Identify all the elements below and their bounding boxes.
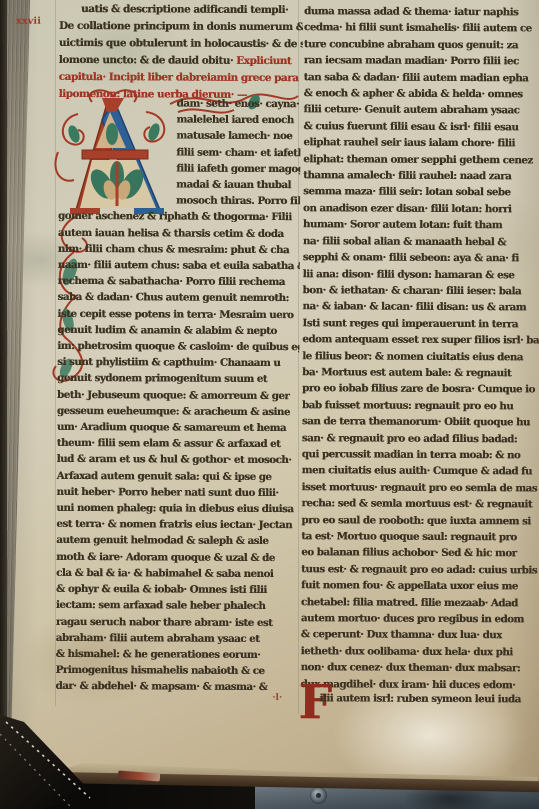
text-line: autem iauan helisa & tharsis cetim & dod…: [58, 225, 300, 242]
text-line: iectam: sem arfaxad sale heber phalech: [56, 597, 298, 614]
text-line: bab fuisset mortuus: regnauit pro eo hu: [302, 397, 539, 415]
text-line: Isti sunt reges qui imperauerunt in terr…: [302, 315, 539, 333]
text-line: lomone uncto: & de dauid obitu· Expliciu…: [59, 52, 303, 70]
text-line: san· & regnauit pro eo adad filius badad…: [302, 430, 539, 448]
text-layer: xxvii uatis & descriptione adificandi te…: [0, 0, 539, 809]
text-line: le filius beor: & nomen ciuitatis eius d…: [302, 348, 539, 366]
text-line: Primogenitus hismahelis nabaioth & ce: [56, 662, 298, 679]
text-line: duma massa adad & thema· iatur naphis: [304, 3, 539, 21]
text-line: dar· & abdehel· & mapsam· & masma· &: [55, 678, 297, 695]
text-line: uatis & descriptione adificandi templi·: [59, 1, 303, 19]
text-line: Arfaxad autem genuit sala: qui & ipse ge: [57, 468, 299, 485]
text-line: & ceperunt· Dux thamna· dux lua· dux: [301, 627, 538, 645]
text-line: tuus est· & regnauit pro eo adad: cuius …: [301, 561, 538, 579]
manuscript-photo: A xxvii uatis & descriptione adificandi …: [0, 0, 539, 809]
text-line: isset mortuus· regnauit pro eo semla de …: [302, 479, 539, 497]
text-line: sepphi & onam· filii sebeon: aya & ana· …: [303, 249, 539, 267]
text-line: pro eo iobab filius zare de bosra· Cumqu…: [302, 381, 539, 399]
header-rubric-block: uatis & descriptione adificandi templi·D…: [59, 1, 304, 104]
text-line: ran iecsam madan madian· Porro filii iec: [304, 52, 539, 70]
quire-mark: ·l·: [272, 693, 282, 703]
text-line: ta est· Mortuo quoque saul: regnauit pro: [301, 528, 538, 546]
text-line: nim· filii cham chus & mesraim: phut & c…: [58, 241, 300, 258]
text-line: thamna amalech· filii rauhel: naad zara: [303, 167, 539, 185]
initial-spacer: [58, 95, 177, 208]
text-line: & cuius fuerunt filii esau & isrl· filii…: [303, 118, 539, 136]
text-line: genuit sydonem primogenitum suum et: [57, 370, 299, 387]
text-line: um· Aradium quoque & samareum et hema: [57, 419, 299, 436]
text-line: moth & iare· Adoram quoque & uzal & de: [56, 549, 298, 566]
text-line: edom antequam esset rex super filios isr…: [302, 331, 539, 349]
chapter-numeral: xxvii: [16, 16, 41, 27]
text-line: beth· Jebuseum quoque: & amorreum & ger: [57, 387, 299, 404]
text-line: est terra· & nomen fratris eius iectan· …: [56, 516, 298, 533]
text-line: recha: sed & semla mortuus est· & regnau…: [301, 495, 538, 513]
text-line: cla & bal & ia· & habimahel & saba nenoi: [56, 565, 298, 582]
text-line: humam· Soror autem lotan: fuit tham: [303, 216, 539, 234]
text-line: saba & dadan· Chus autem genuit nemroth:: [57, 289, 299, 306]
text-line: tan saba & dadan· filii autem madian eph…: [304, 69, 539, 87]
text-line: gesseum eueheumque: & aracheum & asine: [57, 403, 299, 420]
text-line: abraham· filii autem abraham ysaac et: [56, 630, 298, 647]
text-line: san de terra themanorum· Obiit quoque hu: [302, 413, 539, 431]
text-line: nuit heber· Porro heber nati sunt duo fi…: [56, 484, 298, 501]
text-line: lii ana: dison· filii dyson: hamaran & e…: [303, 266, 539, 284]
text-line: eliphat: theman omer sepphi gethem cenez: [303, 151, 539, 169]
left-text-column: dam· seth· enos· cayna·malelehel iared e…: [55, 95, 300, 696]
text-line: capitula· Incipit liber dabreiamin grece…: [59, 69, 303, 87]
last-text-line: ilii autem isrl: ruben symeon leui iuda: [319, 690, 520, 707]
text-line: cedma· hi filii sunt ismahelis· filii au…: [304, 20, 539, 38]
text-line: De collatione principum in donis numerum…: [59, 18, 303, 36]
text-line: autem mortuo· duces pro regibus in edom: [301, 610, 538, 628]
text-line: eliphat rauhel seir iaus ialam chore· fi…: [303, 134, 539, 152]
text-line: gomer aschenez & riphath & thogorma· Fil…: [58, 208, 300, 225]
right-text-column: duma massa adad & thema· iatur naphisced…: [300, 3, 539, 693]
text-line: pro eo saul de rooboth: que iuxta amnem …: [301, 512, 538, 530]
text-line: eo balanan filius achobor· Sed & hic mor: [301, 545, 538, 563]
text-line: & hismahel: & he generationes eorum·: [56, 646, 298, 663]
text-line: & enoch & apher & abida & helda· omnes: [304, 85, 539, 103]
text-line: ba· Mortuus est autem bale: & regnauit: [302, 364, 539, 382]
text-line: autem genuit helmodad & saleph & asle: [56, 532, 298, 549]
text-line: rechema & sabathacha· Porro filii rechem…: [58, 273, 300, 290]
text-line: men ciuitatis eius auith· Cumque & adad …: [302, 463, 539, 481]
text-line: qui percussit madian in terra moab: & no: [302, 446, 539, 464]
text-line: na· & iaban· & lacan· filii disan: us & …: [302, 298, 539, 316]
text-line: fuit nomen fou· & appellata uxor eius me: [301, 577, 538, 595]
text-line: iste cepit esse potens in terra· Mesraim…: [57, 306, 299, 323]
leather-cover-corner: [0, 700, 112, 809]
text-line: lud & aram et us & hul & gothor· et moso…: [57, 451, 299, 468]
text-line: chetabel: filia matred. filie mezaab· Ad…: [301, 594, 538, 612]
text-line: genuit ludim & anamin & alabim & nepto: [57, 322, 299, 339]
text-line: theum· filii sem elam & assur & arfaxad …: [57, 435, 299, 452]
text-line: non· dux cenez· dux theman· dux mabsar:: [301, 659, 538, 677]
text-line: on anadison ezer disan· filii lotan: hor…: [303, 200, 539, 218]
text-line: filii ceture· Genuit autem abraham ysaac: [303, 102, 539, 120]
text-line: semma maza· filii seir: lotan sobal sebe: [303, 184, 539, 202]
text-line: ragau seruch nabor thare abram· iste est: [56, 613, 298, 630]
text-line: na· filii sobal alian & manaath hebal &: [303, 233, 539, 251]
text-line: naam· filii autem chus: saba et euila sa…: [58, 257, 300, 274]
text-line: uictimis que obtulerunt in holocaustis· …: [59, 35, 303, 53]
text-line: bon· & iethatan· & charan· filii ieser: …: [303, 282, 539, 300]
text-line: im: phetrosim quoque & casloim· de quibu…: [57, 338, 299, 355]
text-line: si sunt phylistiim & capthuim· Chanaam u: [57, 354, 299, 371]
text-line: ietheth· dux oolibama· dux hela· dux phi: [301, 643, 538, 661]
text-line: & ophyr & euila & iobab· Omnes isti fili…: [56, 581, 298, 598]
text-line: uni nomen phaleg: quia in diebus eius di…: [56, 500, 298, 517]
text-line: ture concubine abraham quos genuit: za: [304, 36, 539, 54]
